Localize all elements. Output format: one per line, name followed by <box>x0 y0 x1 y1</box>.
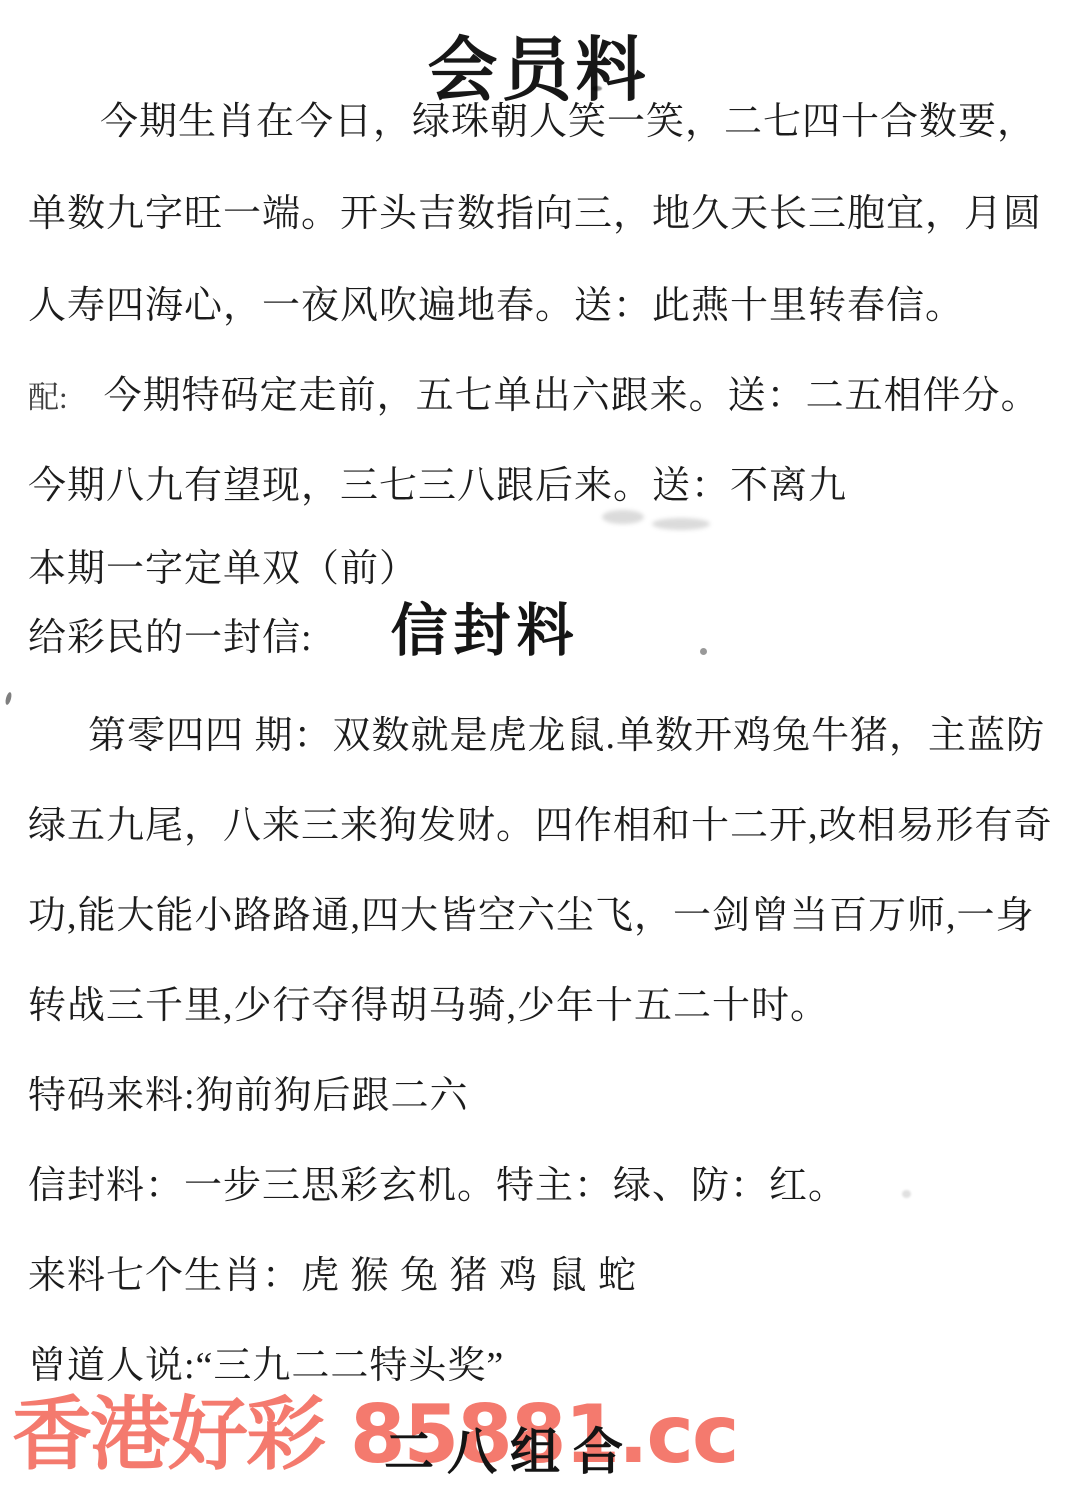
tip-prefix-label: 配: <box>28 380 68 415</box>
scan-artifact <box>902 1190 911 1198</box>
member-paragraph-line-1: 今期生肖在今日，绿珠朝人笑一笑，二七四十合数要， <box>28 98 1067 146</box>
envelope-tip-line: 信封料：一步三思彩玄机。特主：绿、防：红。 <box>28 1162 1067 1210</box>
special-code-line: 特码来料:狗前狗后跟二六 <box>28 1072 1067 1120</box>
member-tip-line-2: 今期八九有望现，三七三八跟后来。送：不离九 <box>28 462 1067 510</box>
envelope-intro-label: 给彩民的一封信: <box>28 617 313 659</box>
overlay-caption: 二八组合 <box>384 1422 636 1482</box>
member-paragraph-line-2: 单数九字旺一端。开头吉数指向三，地久天长三胞宜，月圆 <box>28 190 1067 238</box>
envelope-paragraph-line-1: 第零四四 期：双数就是虎龙鼠.单数开鸡兔牛猪，主蓝防 <box>28 712 1067 760</box>
envelope-paragraph-line-4: 转战三千里,少行夺得胡马骑,少年十五二十时。 <box>28 982 1067 1030</box>
scan-artifact <box>700 648 707 655</box>
tip-text: 今期特码定走前，五七单出六跟来。送：二五相伴分。 <box>104 375 1040 417</box>
scan-artifact <box>602 510 644 524</box>
member-tip-line-3: 本期一字定单双（前） <box>28 545 1067 593</box>
quote-line: 曾道人说:“三九二二特头奖” <box>28 1342 1067 1390</box>
member-paragraph-line-3: 人寿四海心，一夜风吹遍地春。送：此燕十里转春信。 <box>28 282 1067 330</box>
zodiac-list-line: 来料七个生肖：虎 猴 兔 猪 鸡 鼠 蛇 <box>28 1252 1067 1300</box>
document-page: 会员料 今期生肖在今日，绿珠朝人笑一笑，二七四十合数要， 单数九字旺一端。开头吉… <box>0 0 1077 1500</box>
scan-artifact <box>592 86 602 91</box>
envelope-section-heading: 信封料 <box>391 600 580 663</box>
scan-artifact <box>4 692 12 706</box>
envelope-paragraph-line-3: 功,能大能小路路通,四大皆空六尘飞，一剑曾当百万师,一身 <box>28 892 1067 940</box>
envelope-paragraph-line-2: 绿五九尾，八来三来狗发财。四作相和十二开,改相易形有奇 <box>28 802 1067 850</box>
envelope-intro-line: 给彩民的一封信:信封料 <box>28 608 1067 662</box>
scan-artifact <box>652 518 710 530</box>
member-tip-line-1: 配:今期特码定走前，五七单出六跟来。送：二五相伴分。 <box>28 372 1067 422</box>
